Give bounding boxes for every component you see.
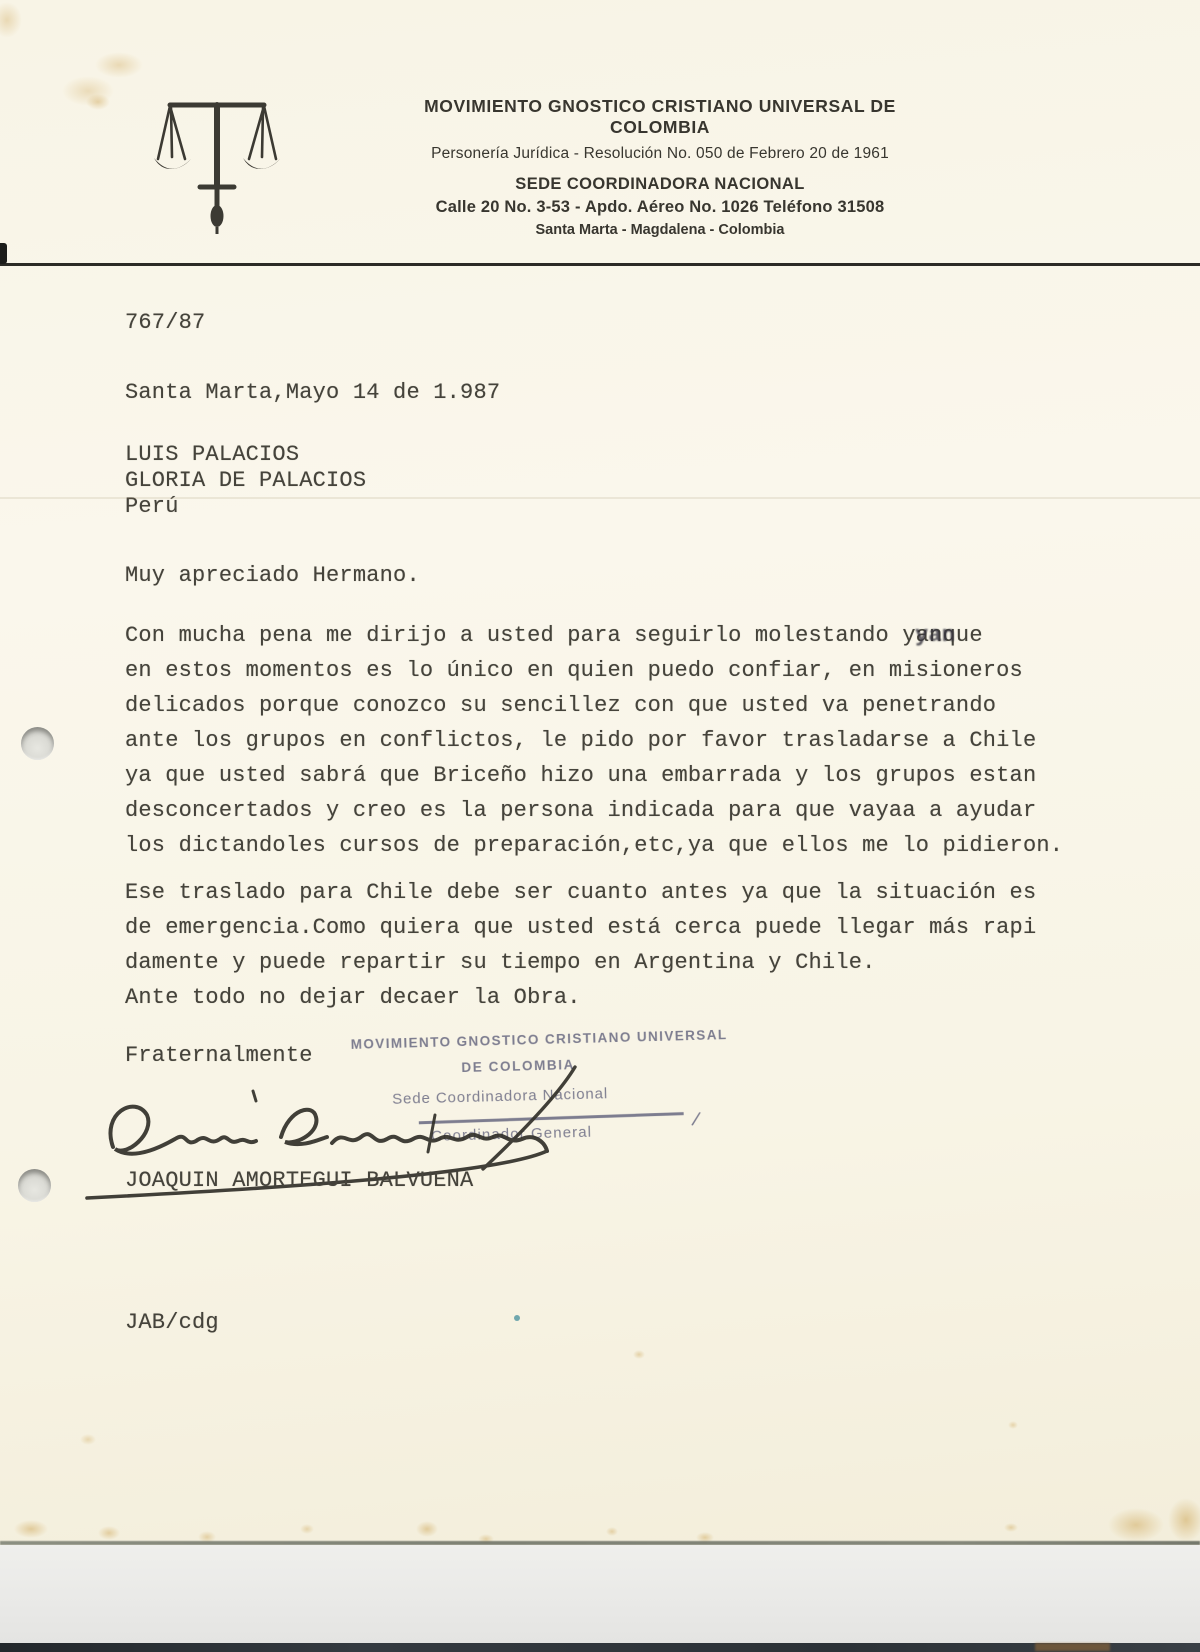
body-paragraph-2: Ese traslado para Chile debe ser cuanto … xyxy=(125,875,1036,1015)
salutation: Muy apreciado Hermano. xyxy=(125,558,420,593)
scan-edge-mark xyxy=(0,243,7,264)
hole-punch-bottom xyxy=(18,1169,51,1202)
sede-line: SEDE COORDINADORA NACIONAL xyxy=(380,175,940,194)
recipient-block: LUIS PALACIOS GLORIA DE PALACIOS Perú xyxy=(125,442,366,520)
band-stain xyxy=(1035,1643,1110,1651)
stamp-line-3: Sede Coordinadora Nacional xyxy=(392,1085,608,1108)
date-line: Santa Marta,Mayo 14 de 1.987 xyxy=(125,375,500,410)
scales-of-justice-icon xyxy=(152,93,282,238)
scanner-backing xyxy=(0,1545,1200,1643)
address-line: Calle 20 No. 3-53 - Apdo. Aéreo No. 1026… xyxy=(380,198,940,217)
letter-page: MOVIMIENTO GNOSTICO CRISTIANO UNIVERSAL … xyxy=(0,0,1200,1545)
stamp-line-2: DE COLOMBIA xyxy=(461,1057,575,1075)
overstrike-ghost: yan xyxy=(915,618,955,653)
org-stamp: MOVIMIENTO GNOSTICO CRISTIANO UNIVERSAL … xyxy=(338,1020,741,1160)
scanner-dark-band xyxy=(0,1643,1200,1652)
stamp-line-4: Coordinador General xyxy=(431,1124,592,1145)
hole-punch-top xyxy=(21,727,54,760)
signed-name: JOAQUIN AMORTEGUI BALVUENA xyxy=(125,1163,473,1198)
body-paragraph-1: Con mucha pena me dirijo a usted para se… xyxy=(125,618,1063,863)
legal-status-line: Personería Jurídica - Resolución No. 050… xyxy=(380,145,940,163)
reference-number: 767/87 xyxy=(125,305,205,340)
closing-word: Fraternalmente xyxy=(125,1038,313,1073)
typist-initials: JAB/cdg xyxy=(125,1305,219,1340)
stamp-line-1: MOVIMIENTO GNOSTICO CRISTIANO UNIVERSAL xyxy=(351,1027,728,1052)
ink-dot xyxy=(514,1315,520,1321)
city-line: Santa Marta - Magdalena - Colombia xyxy=(380,222,940,238)
stamp-slash: / xyxy=(690,1109,702,1133)
letterhead: MOVIMIENTO GNOSTICO CRISTIANO UNIVERSAL … xyxy=(380,96,940,238)
org-name: MOVIMIENTO GNOSTICO CRISTIANO UNIVERSAL … xyxy=(380,96,940,138)
letterhead-divider xyxy=(0,263,1200,266)
stamp-rule xyxy=(419,1112,684,1124)
paper-crease xyxy=(0,497,1200,499)
